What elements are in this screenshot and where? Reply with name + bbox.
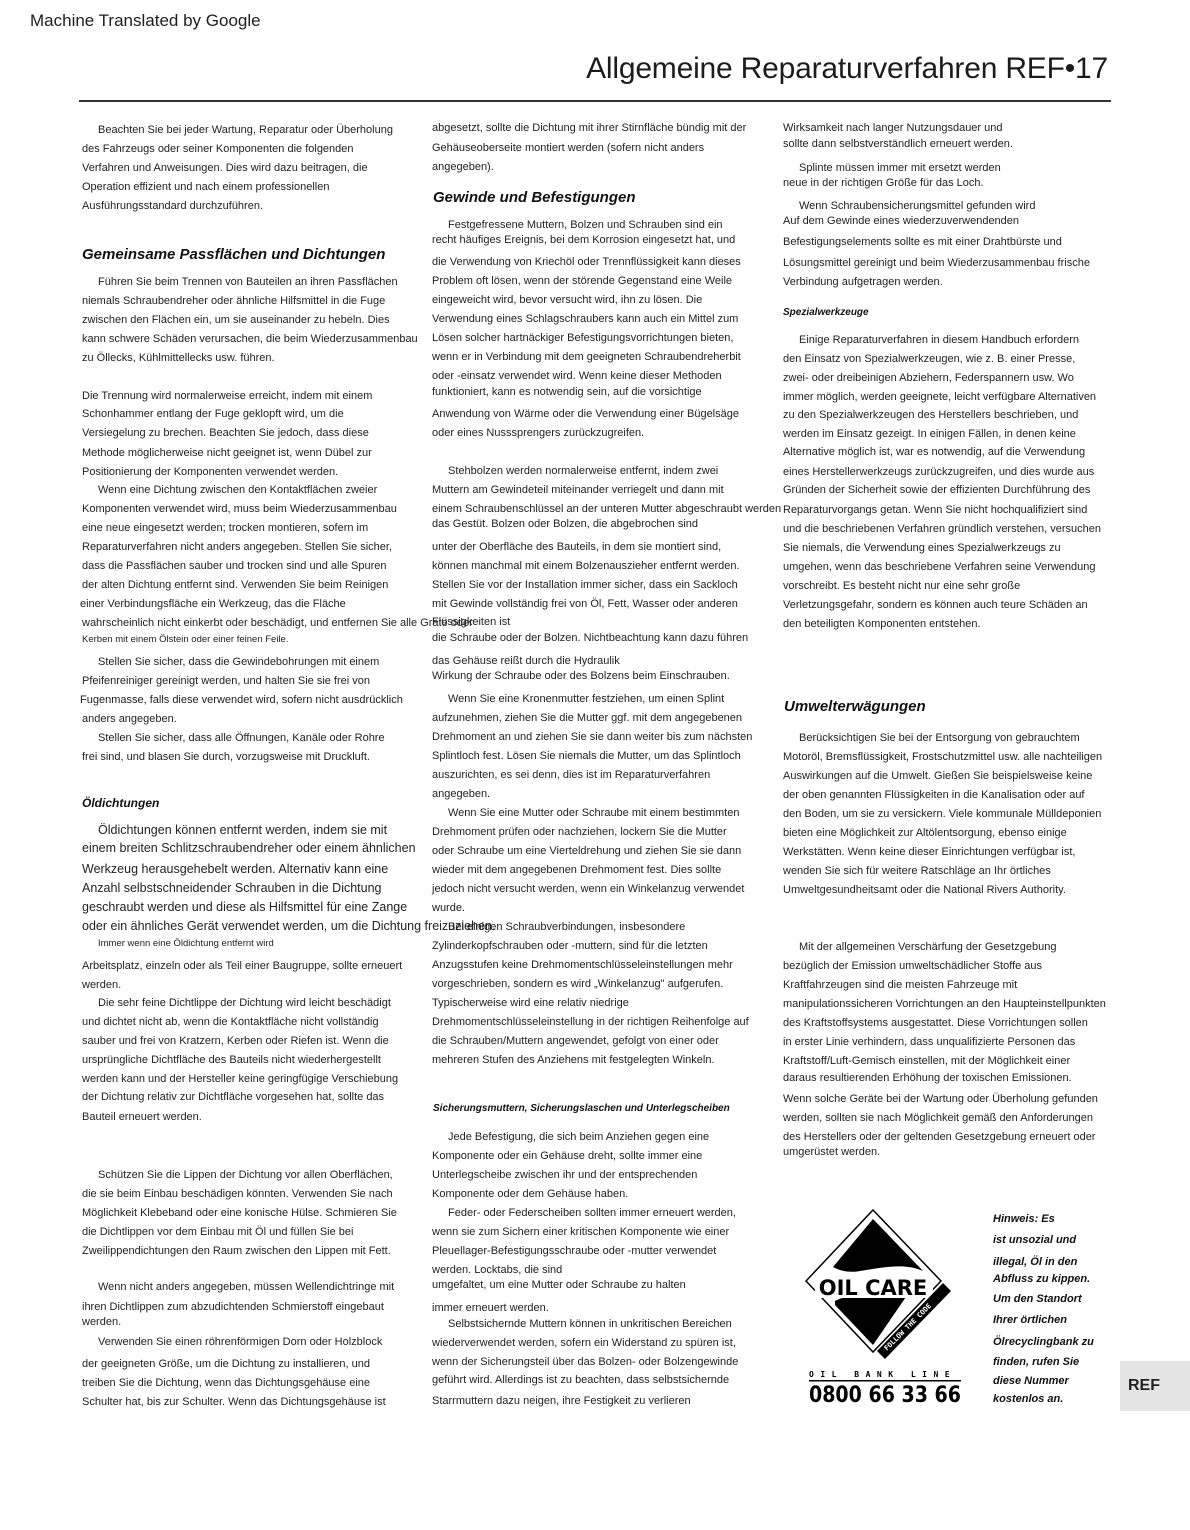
text-line: Einige Reparaturverfahren in diesem Hand… xyxy=(799,334,1079,347)
text-line: unter der Oberfläche des Bauteils, in de… xyxy=(432,541,721,554)
text-line: Gründen der Sicherheit sowie der effizie… xyxy=(783,484,1090,497)
ref-tab-label: REF xyxy=(1128,1377,1160,1395)
text-line: Komponenten verwendet wird, muss beim Wi… xyxy=(82,503,397,516)
text-line: der geeigneten Größe, um die Dichtung zu… xyxy=(82,1358,370,1371)
text-line: Stellen Sie sicher, dass alle Öffnungen,… xyxy=(98,732,385,745)
text-line: angegeben). xyxy=(432,161,494,174)
text-line: Fugenmasse, falls diese verwendet wird, … xyxy=(80,694,403,707)
text-line: Splinte müssen immer mit ersetzt werden xyxy=(799,162,1001,175)
text-line: Starrmuttern dazu neigen, ihre Festigkei… xyxy=(432,1395,691,1408)
text-line: ihren Dichtlippen zum abzudichtenden Sch… xyxy=(82,1301,384,1314)
text-line: Reparaturverfahren nicht anders angegebe… xyxy=(82,541,392,554)
text-line: Drehmoment prüfen oder nachziehen, locke… xyxy=(432,826,727,839)
text-line: der alten Dichtung entfernt sind. Verwen… xyxy=(82,579,388,592)
text-line: eine neue eingesetzt werden; trocken mon… xyxy=(82,522,368,535)
text-line: angegeben. xyxy=(432,788,490,801)
text-line: Kraftfahrzeugen sind die meisten Fahrzeu… xyxy=(783,979,1017,992)
note-line: kostenlos an. xyxy=(993,1393,1063,1405)
text-line: die Dichtlippen vor dem Einbau mit Öl un… xyxy=(82,1226,353,1239)
text-line: die Schrauben/Muttern angewendet, gefolg… xyxy=(432,1035,719,1048)
text-line: abgesetzt, sollte die Dichtung mit ihrer… xyxy=(432,122,746,135)
text-line: Die sehr feine Dichtlippe der Dichtung w… xyxy=(98,997,391,1010)
text-line: Möglichkeit Klebeband oder eine konische… xyxy=(82,1207,397,1220)
text-line: und dichtet nicht ab, wenn die Kontaktfl… xyxy=(82,1016,379,1029)
text-line: Pleuellager-Befestigungsschraube oder -m… xyxy=(432,1245,716,1258)
text-line: zwei- oder dreibeinigen Abziehern, Feder… xyxy=(783,372,1074,385)
text-line: Feder- oder Federscheiben sollten immer … xyxy=(448,1207,736,1220)
text-line: Wenn nicht anders angegeben, müssen Well… xyxy=(98,1281,394,1294)
text-line: Auswirkungen auf die Umwelt. Gießen Sie … xyxy=(783,770,1092,783)
text-line: sollte dann selbstverständlich erneuert … xyxy=(783,138,1013,151)
text-line: werden im Einsatz gezeigt. In einigen Fä… xyxy=(783,428,1076,441)
oil-care-diamond-icon: OIL CARE FOLLOW THE CODE OIL BANK LINE 0… xyxy=(805,1205,970,1410)
text-line: auszurichten, es sei denn, dies ist im R… xyxy=(432,769,710,782)
text-line: Sie niemals, die Verwendung eines Spezia… xyxy=(783,542,1061,555)
text-line: der oben genannten Flüssigkeiten in die … xyxy=(783,789,1085,802)
text-line: des Kraftstoffsystems ausgestattet. Dies… xyxy=(783,1017,1088,1030)
text-line: recht häufiges Ereignis, bei dem Korrosi… xyxy=(432,234,735,247)
text-line: funktioniert, kann es notwendig sein, au… xyxy=(432,386,702,399)
text-line: den Einsatz von Spezialwerkzeugen, wie z… xyxy=(783,353,1075,366)
text-line: manipulationssicheren Vorrichtungen an d… xyxy=(783,998,1106,1011)
text-line: das Gestüt. Bolzen oder Bolzen, die abge… xyxy=(432,518,698,531)
text-line: können manchmal mit einem Bolzenausziehe… xyxy=(432,560,740,573)
text-line: eines Herstellerwerkzeugs zurückzugreife… xyxy=(783,466,1094,479)
text-line: wahrscheinlich nicht einkerbt oder besch… xyxy=(82,617,473,630)
svg-text:OIL CARE: OIL CARE xyxy=(819,1276,928,1300)
text-line: die Verwendung von Kriechöl oder Trennfl… xyxy=(432,256,741,269)
heading-mating-surfaces: Gemeinsame Passflächen und Dichtungen xyxy=(82,246,385,263)
text-line: Berücksichtigen Sie bei der Entsorgung v… xyxy=(799,732,1080,745)
text-line: Pfeifenreiniger gereinigt werden, und ha… xyxy=(82,675,370,688)
text-line: neue in der richtigen Größe für das Loch… xyxy=(783,177,984,190)
text-line: umgerüstet werden. xyxy=(783,1146,880,1159)
text-line: wieder mit dem angegebenen Drehmoment fe… xyxy=(432,864,721,877)
text-line: Drehmoment an und ziehen Sie sie dann we… xyxy=(432,731,752,744)
text-line: aufzunehmen, ziehen Sie die Mutter ggf. … xyxy=(432,712,742,725)
text-line: mit Gewinde vollständig frei von Öl, Fet… xyxy=(432,598,738,611)
text-line: Methode möglicherweise nicht geeignet is… xyxy=(82,447,372,460)
text-line: einem Schraubenschlüssel an der unteren … xyxy=(432,503,781,516)
text-line: Lösen solcher hartnäckiger Befestigungsv… xyxy=(432,332,733,345)
text-line: Komponente oder ein Gehäuse dreht, sollt… xyxy=(432,1150,702,1163)
text-line: Werkzeug herausgehebelt werden. Alternat… xyxy=(82,863,388,876)
text-line: die Schraube oder der Bolzen. Nichtbeach… xyxy=(432,632,748,645)
text-line: Operation effizient und nach einem profe… xyxy=(82,181,329,194)
text-line: Schulter hat, bis zur Schulter. Wenn das… xyxy=(82,1396,386,1409)
text-line: Schützen Sie die Lippen der Dichtung vor… xyxy=(98,1169,393,1182)
text-line: Kraftstoff/Luft-Gemisch einstellen, mit … xyxy=(783,1055,1070,1068)
text-line: Die Trennung wird normalerweise erreicht… xyxy=(82,390,372,403)
text-line: Wirkung der Schraube oder des Bolzens be… xyxy=(432,670,730,683)
text-line: Anzahl selbstschneidender Schrauben in d… xyxy=(82,882,382,895)
text-line: Problem oft lösen, wenn der störende Geg… xyxy=(432,275,732,288)
text-line: jedoch nicht versucht werden, wenn ein W… xyxy=(432,883,744,896)
text-line: anders angegeben. xyxy=(82,713,177,726)
text-line: Stellen Sie sicher, dass die Gewindebohr… xyxy=(98,656,379,669)
text-line: Reparaturvorgangs getan. Wenn Sie nicht … xyxy=(783,504,1087,517)
page-title: Allgemeine Reparaturverfahren REF•17 xyxy=(586,52,1108,86)
heading-special-tools: Spezialwerkzeuge xyxy=(783,307,869,318)
note-line: diese Nummer xyxy=(993,1375,1069,1387)
note-line: Ölrecyclingbank zu xyxy=(993,1336,1094,1348)
text-line: wenn er in Verbindung mit dem geeigneten… xyxy=(432,351,741,364)
text-line: in erster Linie verhindern, dass unquali… xyxy=(783,1036,1075,1049)
note-line: Abfluss zu kippen. xyxy=(993,1273,1090,1285)
heading-environment: Umwelterwägungen xyxy=(784,698,926,715)
text-line: Drehmomentschlüsseleinstellung in der ri… xyxy=(432,1016,749,1029)
oil-care-logo: OIL CARE FOLLOW THE CODE OIL BANK LINE 0… xyxy=(805,1205,970,1410)
text-line: Anwendung von Wärme oder die Verwendung … xyxy=(432,408,739,421)
text-line: bezüglich der Emission umweltschädlicher… xyxy=(783,960,1042,973)
text-line: Positionierung der Komponenten verwendet… xyxy=(82,466,338,479)
text-line: umgehen, wenn das beschriebene Verfahren… xyxy=(783,561,1096,574)
text-line: oder Schraube um eine Vierteldrehung und… xyxy=(432,845,741,858)
text-line: werden kann und der Hersteller keine ger… xyxy=(82,1073,398,1086)
heading-oil-seals: Öldichtungen xyxy=(82,796,159,810)
text-line: vorgeschrieben, sondern es wird „Winkela… xyxy=(432,978,723,991)
text-line: Immer wenn eine Öldichtung entfernt wird xyxy=(98,937,274,950)
text-line: des Herstellers oder der geltenden Geset… xyxy=(783,1131,1095,1144)
text-line: Öldichtungen können entfernt werden, ind… xyxy=(98,824,387,837)
text-line: der Dichtung relativ zur Dichtfläche vor… xyxy=(82,1091,384,1104)
text-line: zwischen den Flächen ein, um sie auseina… xyxy=(82,314,390,327)
svg-text:OIL BANK LINE: OIL BANK LINE xyxy=(809,1370,956,1379)
text-line: Verletzungsgefahr, sondern es können auc… xyxy=(783,599,1088,612)
translation-banner: Machine Translated by Google xyxy=(30,11,261,31)
text-line: ursprüngliche Dichtfläche des Bauteils n… xyxy=(82,1054,381,1067)
text-line: Typischerweise wird eine relativ niedrig… xyxy=(432,997,629,1010)
text-line: werden. xyxy=(82,1316,121,1329)
text-line: Auf dem Gewinde eines wiederzuverwendend… xyxy=(783,215,1019,228)
text-line: werden, sollten sie nach Möglichkeit gem… xyxy=(783,1112,1093,1125)
text-line: Wenn Schraubensicherungsmittel gefunden … xyxy=(799,200,1035,213)
text-line: Mit der allgemeinen Verschärfung der Ges… xyxy=(799,941,1056,954)
text-line: und die beschriebenen Verfahren gründlic… xyxy=(783,523,1101,536)
ref-section-tab[interactable]: REF xyxy=(1120,1361,1190,1411)
text-line: Wenn Sie eine Kronenmutter festziehen, u… xyxy=(448,693,724,706)
text-line: Ausführungsstandard durchzuführen. xyxy=(82,200,263,213)
text-line: frei sind, und blasen Sie durch, vorzugs… xyxy=(82,751,370,764)
text-line: oder -einsatz verwendet wird. Wenn keine… xyxy=(432,370,722,383)
text-line: geschraubt werden und diese als Hilfsmit… xyxy=(82,901,407,914)
text-line: zu den Spezialwerkzeugen des Herstellers… xyxy=(783,409,1078,422)
text-line: wurde. xyxy=(432,902,465,915)
text-line: Wenn eine Dichtung zwischen den Kontaktf… xyxy=(98,484,377,497)
text-line: Wenn Sie eine Mutter oder Schraube mit e… xyxy=(448,807,739,820)
text-line: oder eines Nusssprengers zurückzugreifen… xyxy=(432,427,644,440)
text-line: zu Öllecks, Kühlmittellecks usw. führen. xyxy=(82,352,275,365)
text-line: Werkstätten. Wenn keine dieser Einrichtu… xyxy=(783,846,1075,859)
text-line: bieten eine Möglichkeit zur Altölentsorg… xyxy=(783,827,1067,840)
text-line: wenn sie zum Sichern einer kritischen Ko… xyxy=(432,1226,729,1239)
text-line: Verwendung eines Schlagschraubers kann a… xyxy=(432,313,738,326)
text-line: Beachten Sie bei jeder Wartung, Reparatu… xyxy=(98,124,393,137)
note-line: finden, rufen Sie xyxy=(993,1356,1079,1368)
svg-text:0800 66 33 66: 0800 66 33 66 xyxy=(809,1383,961,1408)
text-line: wenden Sie sich für weitere Ratschläge a… xyxy=(783,865,1051,878)
text-line: Verfahren und Anweisungen. Dies wird daz… xyxy=(82,162,368,175)
text-line: Bei einigen Schraubverbindungen, insbeso… xyxy=(448,921,685,934)
text-line: Motoröl, Bremsflüssigkeit, Frostschutzmi… xyxy=(783,751,1102,764)
text-line: Stehbolzen werden normalerweise entfernt… xyxy=(448,465,718,478)
text-line: dass die Passflächen sauber und trocken … xyxy=(82,560,387,573)
note-line: Um den Standort xyxy=(993,1293,1082,1305)
text-line: Kerben mit einem Ölstein oder einer fein… xyxy=(82,633,288,646)
text-line: Bauteil erneuert werden. xyxy=(82,1111,202,1124)
text-line: werden. Locktabs, die sind xyxy=(432,1264,562,1277)
text-line: Komponente oder dem Gehäuse haben. xyxy=(432,1188,628,1201)
text-line: Festgefressene Muttern, Bolzen und Schra… xyxy=(448,219,723,232)
heading-locknuts: Sicherungsmuttern, Sicherungslaschen und… xyxy=(433,1103,730,1114)
text-line: das Gehäuse reißt durch die Hydraulik xyxy=(432,655,620,668)
text-line: geführt wird. Allerdings ist zu beachten… xyxy=(432,1374,729,1387)
text-line: Umweltgesundheitsamt oder die National R… xyxy=(783,884,1066,897)
text-line: Selbstsichernde Muttern können in unkrit… xyxy=(448,1318,732,1331)
text-line: Stellen Sie vor der Installation immer s… xyxy=(432,579,738,592)
text-line: Gehäuseoberseite montiert werden (sofern… xyxy=(432,142,704,155)
text-line: immer erneuert werden. xyxy=(432,1302,549,1315)
text-line: Splintloch fest. Lösen Sie niemals die M… xyxy=(432,750,741,763)
text-line: immer möglich, werden geeignete, leicht … xyxy=(783,391,1096,404)
text-line: niemals Schraubendreher oder ähnliche Hi… xyxy=(82,295,385,308)
text-line: einem breiten Schlitzschraubendreher ode… xyxy=(82,842,416,855)
text-line: daraus resultierenden Erhöhung der toxis… xyxy=(783,1072,1072,1085)
text-line: Wirksamkeit nach langer Nutzungsdauer un… xyxy=(783,122,1003,135)
text-line: Jede Befestigung, die sich beim Anziehen… xyxy=(448,1131,709,1144)
text-line: Lösungsmittel gereinigt und beim Wiederz… xyxy=(783,257,1090,270)
text-line: wiederverwendet werden, sofern ein Wider… xyxy=(432,1337,736,1350)
text-line: Wenn solche Geräte bei der Wartung oder … xyxy=(783,1093,1098,1106)
text-line: Alternative möglich ist, war es notwendi… xyxy=(783,446,1085,459)
text-line: Zylinderkopfschrauben oder -muttern, sin… xyxy=(432,940,708,953)
note-line: Ihrer örtlichen xyxy=(993,1314,1067,1326)
text-line: den beteiligten Komponenten entstehen. xyxy=(783,618,981,631)
text-line: oder ein ähnliches Gerät verwendet werde… xyxy=(82,920,495,933)
text-line: des Fahrzeugs oder seiner Komponenten di… xyxy=(82,143,354,156)
text-line: Versiegelung zu brechen. Beachten Sie je… xyxy=(82,427,369,440)
text-line: Flüssigkeiten ist xyxy=(432,616,510,629)
text-line: vorschreibt. Es besteht nicht nur eine s… xyxy=(783,580,1020,593)
text-line: Unterlegscheibe zwischen ihr und der ent… xyxy=(432,1169,697,1182)
text-line: Verwenden Sie einen röhrenförmigen Dorn … xyxy=(98,1336,382,1349)
note-line: ist unsozial und xyxy=(993,1234,1076,1246)
text-line: Zweilippendichtungen den Raum zwischen d… xyxy=(82,1245,391,1258)
header-rule xyxy=(79,100,1111,102)
text-line: kann schwere Schäden verursachen, die be… xyxy=(82,333,418,346)
text-line: treiben Sie die Dichtung, wenn das Dicht… xyxy=(82,1377,370,1390)
text-line: sauber und frei von Kratzern, Kerben ode… xyxy=(82,1035,389,1048)
heading-threads-fasteners: Gewinde und Befestigungen xyxy=(433,189,636,206)
text-line: Befestigungselements sollte es mit einer… xyxy=(783,236,1062,249)
text-line: werden. xyxy=(82,979,121,992)
text-line: den Boden, um sie zu versickern. Viele k… xyxy=(783,808,1101,821)
text-line: Führen Sie beim Trennen von Bauteilen an… xyxy=(98,276,398,289)
text-line: Muttern am Gewindeteil miteinander verri… xyxy=(432,484,724,497)
note-line: Hinweis: Es xyxy=(993,1213,1055,1225)
note-line: illegal, Öl in den xyxy=(993,1256,1077,1268)
text-line: einer Verbindungsfläche ein Werkzeug, da… xyxy=(80,598,346,611)
text-line: wenn der Sicherungsteil über das Bolzen-… xyxy=(432,1356,738,1369)
text-line: die sie beim Einbau beschädigen könnten.… xyxy=(82,1188,393,1201)
text-line: eingeweicht wird, bevor versucht wird, i… xyxy=(432,294,702,307)
text-line: Schonhammer entlang der Fuge geklopft wi… xyxy=(82,408,344,421)
text-line: Verbindung aufgetragen werden. xyxy=(783,276,943,289)
text-line: mehreren Stufen des Anziehens mit festge… xyxy=(432,1054,715,1067)
text-line: Arbeitsplatz, einzeln oder als Teil eine… xyxy=(82,960,402,973)
text-line: umgefaltet, um eine Mutter oder Schraube… xyxy=(432,1279,686,1292)
text-line: Anzugsstufen keine Drehmomentschlüsselei… xyxy=(432,959,733,972)
